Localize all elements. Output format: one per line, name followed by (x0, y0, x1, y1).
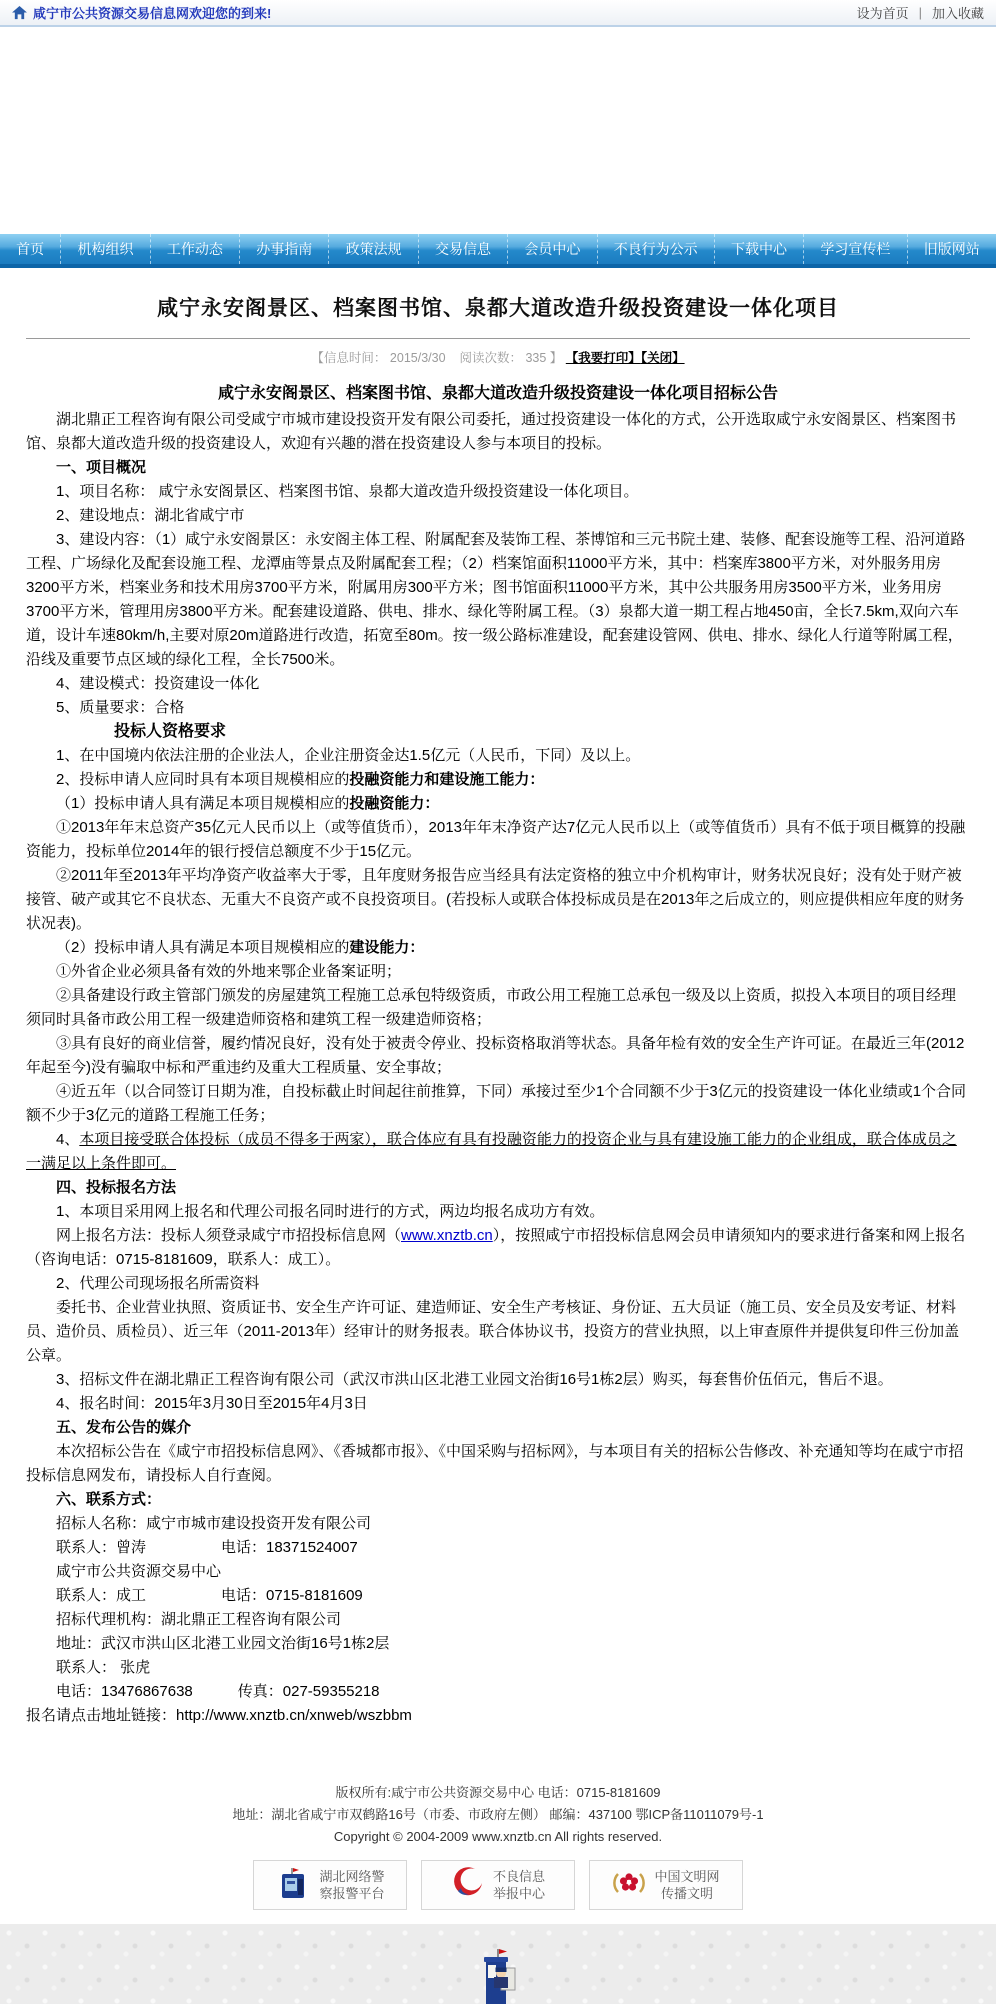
badge-label: 湖北网络警察报警平台 (319, 1868, 384, 1902)
article-paragraph-1: 湖北鼎正工程咨询有限公司受咸宁市城市建设投资开发有限公司委托，通过投资建设一体化… (26, 408, 970, 456)
nav-item-6[interactable]: 会员中心 (508, 234, 597, 264)
article-paragraph-11: （1）投标申请人具有满足本项目规模相应的投融资能力： (26, 792, 970, 816)
topbar-divider: | (919, 5, 922, 20)
nav-item-8[interactable]: 下载中心 (715, 234, 804, 264)
info-time-value: 2015/3/30 (390, 351, 446, 365)
welcome-text: 咸宁市公共资源交易信息网欢迎您的到来! (33, 3, 271, 22)
article-paragraph-16: ②具备建设行政主管部门颁发的房屋建筑工程施工总承包特级资质，市政公用工程施工总承… (26, 984, 970, 1032)
nav-item-0[interactable]: 首页 (0, 234, 61, 264)
add-favorite-link[interactable]: 加入收藏 (932, 3, 984, 22)
close-link[interactable]: 【关闭】 (641, 351, 685, 365)
footer-copyright-line2: Copyright © 2004-2009 www.xnztb.cn All r… (0, 1826, 996, 1848)
print-link[interactable]: 【我要打印】 (566, 351, 641, 365)
article-paragraph-9: 1、在中国境内依法注册的企业法人，企业注册资金达1.5亿元（人民币，下同）及以上… (26, 744, 970, 768)
article-paragraph-4: 2、建设地点：湖北省咸宁市 (26, 504, 970, 528)
main-nav: 首页机构组织工作动态办事指南政策法规交易信息会员中心不良行为公示下载中心学习宣传… (0, 234, 996, 268)
footer-badge-0[interactable]: 湖北网络警察报警平台 (253, 1860, 407, 1910)
section-4-heading: 四、投标报名方法 (26, 1176, 970, 1200)
nav-item-7[interactable]: 不良行为公示 (598, 234, 715, 264)
hubei-cyber-police-icon (275, 1865, 311, 1905)
article-paragraph-13: ②2011年至2013年平均净资产收益率大于零，且年度财务报告应当经具有法定资格… (26, 864, 970, 936)
article-paragraph-21: 1、本项目采用网上报名和代理公司报名同时进行的方式，两边均报名成功方有效。 (26, 1200, 970, 1224)
cyber-police-mascot-icon[interactable] (477, 1948, 519, 2004)
footer: 版权所有:咸宁市公共资源交易中心 电话：0715-8181609 地址：湖北省咸… (0, 1782, 996, 1910)
page-title: 咸宁永安阁景区、档案图书馆、泉都大道改造升级投资建设一体化项目 (26, 292, 970, 322)
article-paragraph-17: ③具有良好的商业信誉，履约情况良好，没有处于被责令停业、投标资格取消等状态。具备… (26, 1032, 970, 1080)
article-paragraph-3: 1、项目名称： 咸宁永安阁景区、档案图书馆、泉都大道改造升级投资建设一体化项目。 (26, 480, 970, 504)
article-paragraph-24: 委托书、企业营业执照、资质证书、安全生产许可证、建造师证、安全生产考核证、身份证… (26, 1296, 970, 1368)
info-bar: 【信息时间： 2015/3/30 阅读次数： 335 】 【我要打印】【关闭】 (26, 348, 970, 366)
article-body: 咸宁永安阁景区、档案图书馆、泉都大道改造升级投资建设一体化项目招标公告湖北鼎正工… (26, 382, 970, 1728)
signup-link-line: 报名请点击地址链接：http://www.xnztb.cn/xnweb/wszb… (26, 1704, 970, 1728)
article-paragraph-37: 电话：13476867638 传真：027-59355218 (26, 1680, 970, 1704)
topbar-welcome-area: 咸宁市公共资源交易信息网欢迎您的到来! (12, 3, 271, 22)
badge-label: 中国文明网传播文明 (654, 1868, 719, 1902)
section-1-heading: 一、项目概况 (26, 456, 970, 480)
china-civilization-icon (612, 1866, 646, 1904)
article-paragraph-18: ④近五年（以合同签订日期为准，自投标截止时间起往前推算，下同）承接过至少1个合同… (26, 1080, 970, 1128)
article-paragraph-7: 5、质量要求：合格 (26, 696, 970, 720)
nav-item-4[interactable]: 政策法规 (329, 234, 418, 264)
article-paragraph-23: 2、代理公司现场报名所需资料 (26, 1272, 970, 1296)
set-homepage-link[interactable]: 设为首页 (857, 3, 909, 22)
article-paragraph-14: （2）投标申请人具有满足本项目规模相应的建设能力： (26, 936, 970, 960)
footer-badges: 湖北网络警察报警平台不良信息举报中心中国文明网传播文明 (0, 1860, 996, 1910)
title-divider (26, 338, 970, 339)
article-paragraph-22: 网上报名方法：投标人须登录咸宁市招投标信息网（www.xnztb.cn），按照咸… (26, 1224, 970, 1272)
article-paragraph-25: 3、招标文件在湖北鼎正工程咨询有限公司（武汉市洪山区北港工业园文治街16号1栋2… (26, 1368, 970, 1392)
nav-item-3[interactable]: 办事指南 (240, 234, 329, 264)
announcement-heading: 咸宁永安阁景区、档案图书馆、泉都大道改造升级投资建设一体化项目招标公告 (26, 382, 970, 406)
xnztb-website-link[interactable]: www.xnztb.cn (401, 1227, 493, 1244)
info-time-label: 【信息时间： (311, 351, 386, 365)
nav-item-10[interactable]: 旧版网站 (908, 234, 996, 264)
nav-item-9[interactable]: 学习宣传栏 (804, 234, 907, 264)
bottom-pattern-strip (0, 1924, 996, 2004)
topbar-links: 设为首页 | 加入收藏 (857, 3, 984, 22)
content-area: 咸宁永安阁景区、档案图书馆、泉都大道改造升级投资建设一体化项目 【信息时间： 2… (0, 292, 996, 1728)
article-paragraph-6: 4、建设模式：投资建设一体化 (26, 672, 970, 696)
read-count-label: 阅读次数： (459, 351, 522, 365)
footer-badge-1[interactable]: 不良信息举报中心 (421, 1860, 575, 1910)
article-paragraph-15: ①外省企业必须具备有效的外地来鄂企业备案证明； (26, 960, 970, 984)
article-paragraph-31: 联系人：曾涛 电话：18371524007 (26, 1536, 970, 1560)
article-paragraph-5: 3、建设内容：（1）咸宁永安阁景区：永安阁主体工程、附属配套及装饰工程、茶博馆和… (26, 528, 970, 672)
footer-badge-2[interactable]: 中国文明网传播文明 (589, 1860, 743, 1910)
section-6-heading: 六、联系方式： (26, 1488, 970, 1512)
bad-info-report-icon (451, 1866, 485, 1904)
article-paragraph-32: 咸宁市公共资源交易中心 (26, 1560, 970, 1584)
article-paragraph-30: 招标人名称：咸宁市城市建设投资开发有限公司 (26, 1512, 970, 1536)
read-count-value: 335 (525, 351, 546, 365)
article-paragraph-34: 招标代理机构：湖北鼎正工程咨询有限公司 (26, 1608, 970, 1632)
nav-item-1[interactable]: 机构组织 (61, 234, 150, 264)
badge-label: 不良信息举报中心 (493, 1868, 545, 1902)
qualification-heading: 投标人资格要求 (26, 720, 970, 744)
topbar: 咸宁市公共资源交易信息网欢迎您的到来! 设为首页 | 加入收藏 (0, 0, 996, 27)
article-paragraph-28: 本次招标公告在《咸宁市招投标信息网》、《香城都市报》、《中国采购与招标网》，与本… (26, 1440, 970, 1488)
article-paragraph-12: ①2013年年末总资产35亿元人民币以上（或等值货币），2013年年末净资产达7… (26, 816, 970, 864)
footer-address-line: 地址：湖北省咸宁市双鹤路16号（市委、市政府左侧） 邮编：437100 鄂ICP… (0, 1804, 996, 1826)
article-paragraph-10: 2、投标申请人应同时具有本项目规模相应的投融资能力和建设施工能力： (26, 768, 970, 792)
nav-item-5[interactable]: 交易信息 (419, 234, 508, 264)
banner-placeholder (0, 27, 996, 234)
home-icon (12, 6, 27, 20)
info-bracket-close: 】 (550, 351, 563, 365)
article-paragraph-26: 4、报名时间：2015年3月30日至2015年4月3日 (26, 1392, 970, 1416)
article-paragraph-33: 联系人：成工 电话：0715-8181609 (26, 1584, 970, 1608)
article-paragraph-36: 联系人： 张虎 (26, 1656, 970, 1680)
nav-item-2[interactable]: 工作动态 (151, 234, 240, 264)
footer-copyright-line1: 版权所有:咸宁市公共资源交易中心 电话：0715-8181609 (0, 1782, 996, 1804)
section-5-heading: 五、发布公告的媒介 (26, 1416, 970, 1440)
article-paragraph-19: 4、本项目接受联合体投标（成员不得多于两家），联合体应有具有投融资能力的投资企业… (26, 1128, 970, 1176)
article-paragraph-35: 地址：武汉市洪山区北港工业园文治街16号1栋2层 (26, 1632, 970, 1656)
